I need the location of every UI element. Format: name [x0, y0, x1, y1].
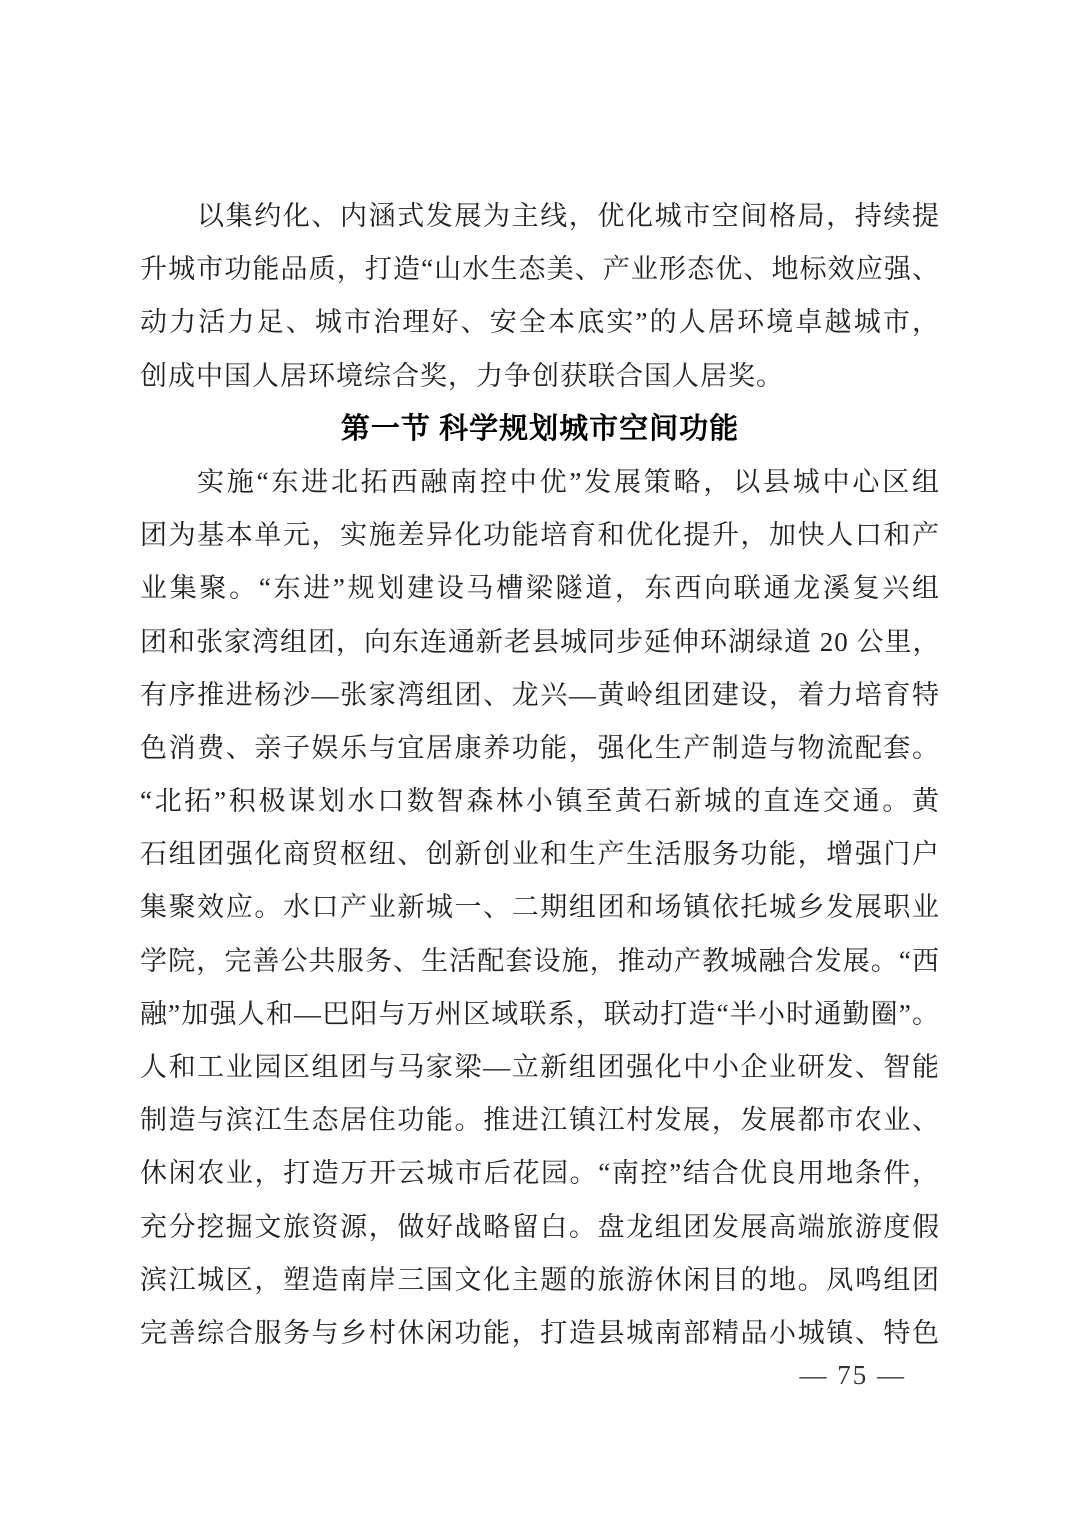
text-line: 滨江城区，塑造南岸三国文化主题的旅游休闲目的地。凤鸣组团: [140, 1254, 940, 1307]
text-line: 石组团强化商贸枢纽、创新创业和生产生活服务功能，增强门户: [140, 828, 940, 881]
document-body: 以集约化、内涵式发展为主线，优化城市空间格局，持续提升城市功能品质，打造“山水生…: [140, 190, 940, 1360]
text-line: 团和张家湾组团，向东连通新老县城同步延伸环湖绿道 20 公里，: [140, 616, 940, 669]
page-number: — 75 —: [800, 1358, 907, 1392]
text-line: 创成中国人居环境综合奖，力争创获联合国人居奖。: [140, 350, 940, 403]
text-line: 实施“东进北拓西融南控中优”发展策略，以县城中心区组: [140, 456, 940, 509]
text-line: 休闲农业，打造万开云城市后花园。“南控”结合优良用地条件，: [140, 1147, 940, 1200]
text-line: 完善综合服务与乡村休闲功能，打造县城南部精品小城镇、特色: [140, 1307, 940, 1360]
section-heading: 第一节 科学规划城市空间功能: [140, 403, 940, 456]
text-line: 融”加强人和—巴阳与万州区域联系，联动打造“半小时通勤圈”。: [140, 988, 940, 1041]
text-line: 集聚效应。水口产业新城一、二期组团和场镇依托城乡发展职业: [140, 881, 940, 934]
text-line: 学院，完善公共服务、生活配套设施，推动产教城融合发展。“西: [140, 935, 940, 988]
document-page: 以集约化、内涵式发展为主线，优化城市空间格局，持续提升城市功能品质，打造“山水生…: [0, 0, 1074, 1520]
text-line: 制造与滨江生态居住功能。推进江镇江村发展，发展都市农业、: [140, 1094, 940, 1147]
text-line: 有序推进杨沙—张家湾组团、龙兴—黄岭组团建设，着力培育特: [140, 669, 940, 722]
text-line: 业集聚。“东进”规划建设马槽梁隧道，东西向联通龙溪复兴组: [140, 562, 940, 615]
text-line: 充分挖掘文旅资源，做好战略留白。盘龙组团发展高端旅游度假: [140, 1201, 940, 1254]
text-line: 色消费、亲子娱乐与宜居康养功能，强化生产制造与物流配套。: [140, 722, 940, 775]
text-line: 升城市功能品质，打造“山水生态美、产业形态优、地标效应强、: [140, 243, 940, 296]
text-line: 团为基本单元，实施差异化功能培育和优化提升，加快人口和产: [140, 509, 940, 562]
text-line: “北拓”积极谋划水口数智森林小镇至黄石新城的直连交通。黄: [140, 775, 940, 828]
text-line: 动力活力足、城市治理好、安全本底实”的人居环境卓越城市，: [140, 296, 940, 349]
text-line: 人和工业园区组团与马家梁—立新组团强化中小企业研发、智能: [140, 1041, 940, 1094]
text-line: 以集约化、内涵式发展为主线，优化城市空间格局，持续提: [140, 190, 940, 243]
